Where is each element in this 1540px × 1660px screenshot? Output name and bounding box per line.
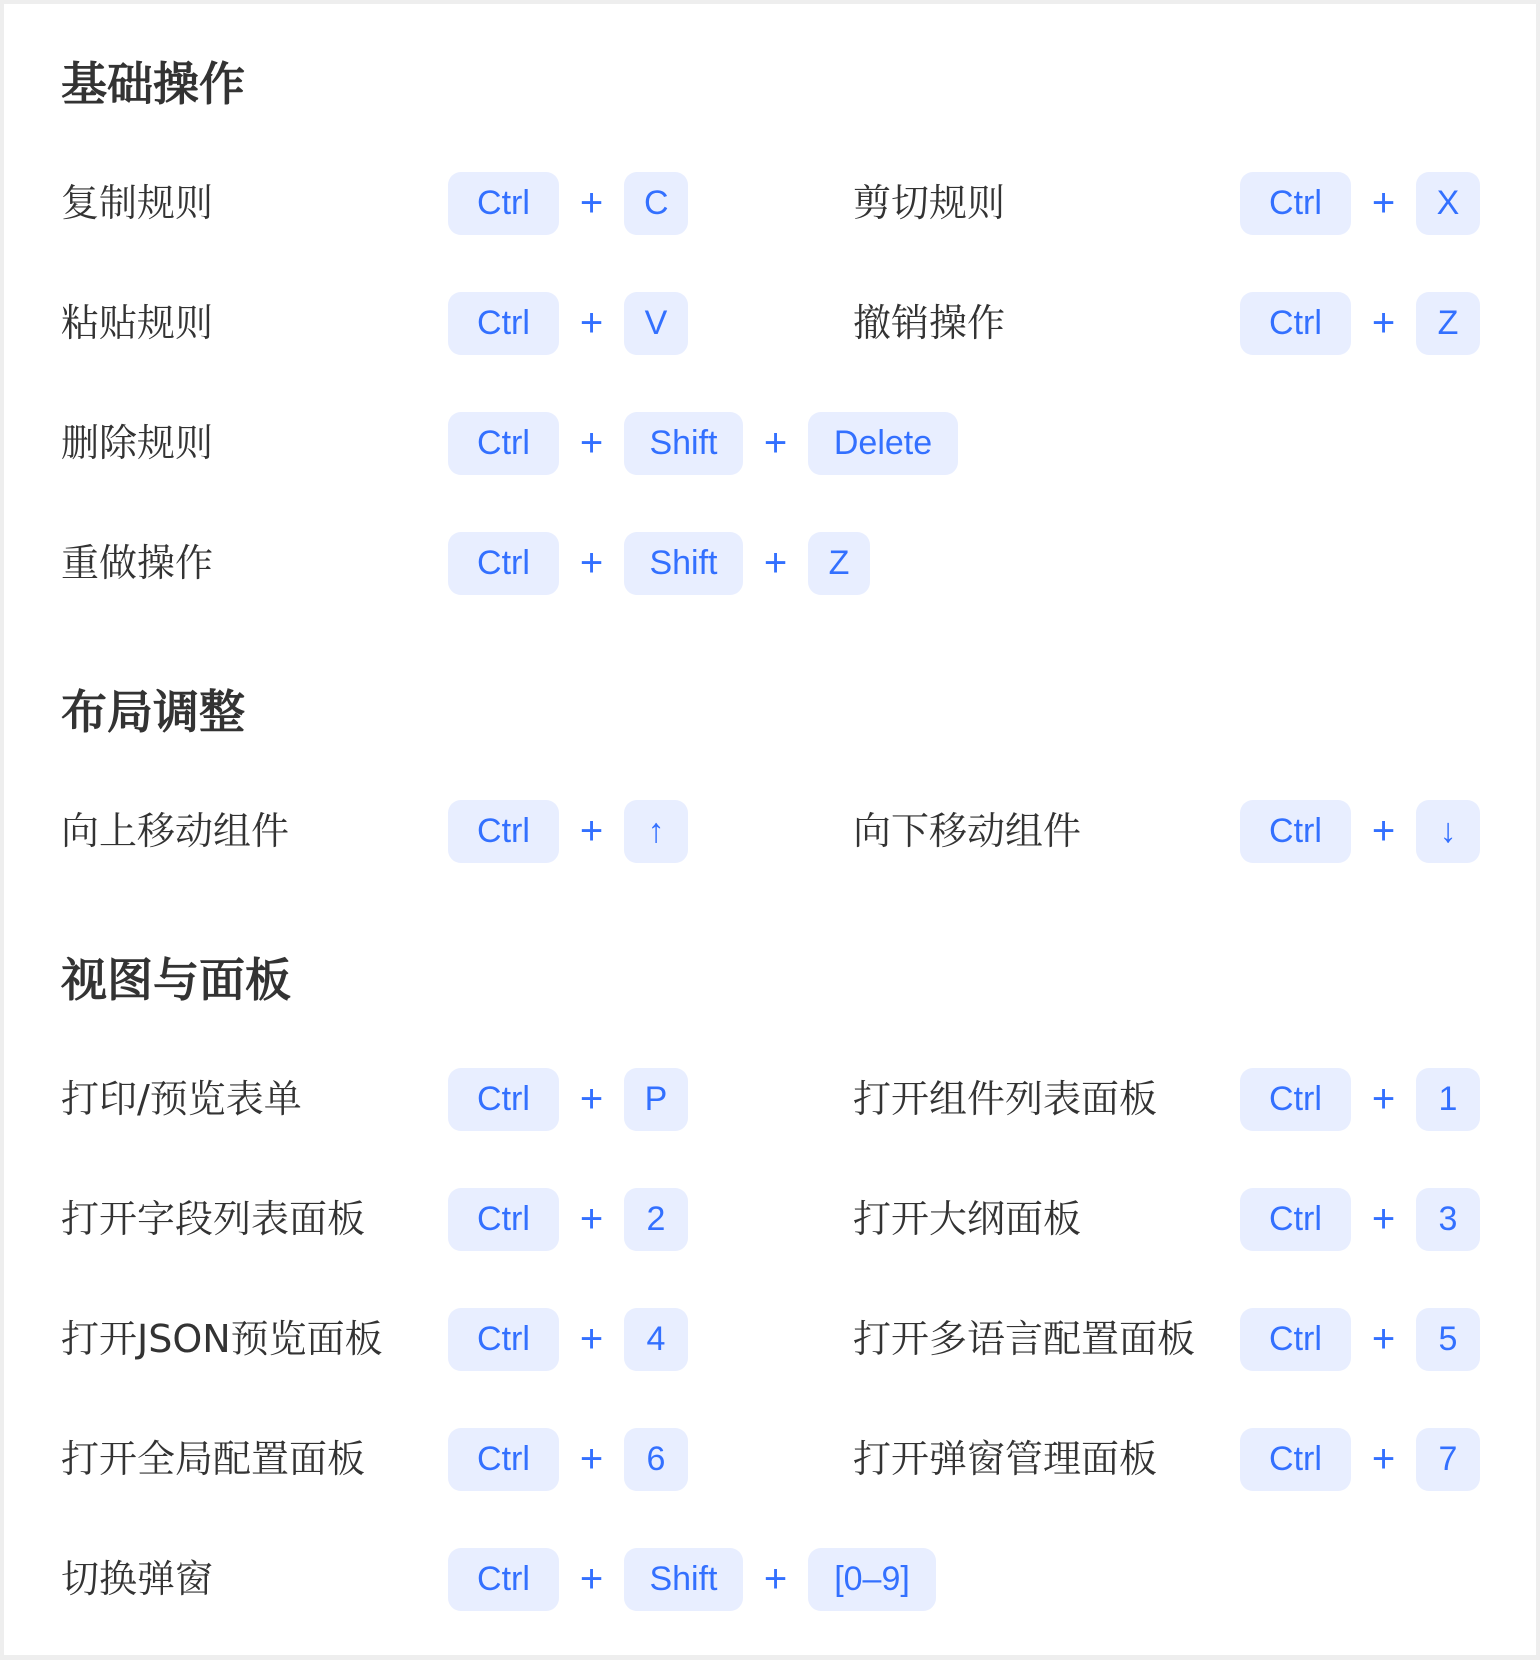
plus-separator: + [559, 1068, 624, 1131]
key-combo-move-up: Ctrl + ↑ [448, 800, 688, 863]
key-combo-delete: Ctrl + Shift + Delete [448, 412, 958, 475]
plus-separator: + [743, 412, 808, 475]
shortcut-label-move-up: 向上移动组件 [61, 800, 289, 863]
shortcuts-panel: 基础操作 复制规则 Ctrl + C 剪切规则 Ctrl + X 粘贴规则 Ct… [4, 4, 1536, 1655]
key-shift[interactable]: Shift [624, 532, 743, 595]
key-combo-copy: Ctrl + C [448, 172, 688, 235]
shortcut-row: 复制规则 Ctrl + C 剪切规则 Ctrl + X [4, 172, 1536, 235]
key-ctrl[interactable]: Ctrl [1240, 1188, 1351, 1251]
plus-separator: + [559, 172, 624, 235]
shortcut-label-paste: 粘贴规则 [61, 292, 213, 355]
shortcut-label-switch-dialog: 切换弹窗 [61, 1548, 213, 1611]
key-4[interactable]: 4 [624, 1308, 688, 1371]
plus-separator: + [743, 1548, 808, 1611]
key-digit-range[interactable]: [0–9] [808, 1548, 936, 1611]
key-ctrl[interactable]: Ctrl [448, 1068, 559, 1131]
key-ctrl[interactable]: Ctrl [448, 1428, 559, 1491]
key-combo-move-down: Ctrl + ↓ [1240, 800, 1480, 863]
plus-separator: + [559, 1188, 624, 1251]
plus-separator: + [1351, 292, 1416, 355]
shortcut-label-json-preview: 打开JSON预览面板 [61, 1308, 383, 1371]
key-ctrl[interactable]: Ctrl [448, 1188, 559, 1251]
key-shift[interactable]: Shift [624, 412, 743, 475]
key-ctrl[interactable]: Ctrl [1240, 800, 1351, 863]
key-c[interactable]: C [624, 172, 688, 235]
shortcut-row: 重做操作 Ctrl + Shift + Z [4, 532, 1536, 595]
shortcut-label-redo: 重做操作 [61, 532, 213, 595]
key-x[interactable]: X [1416, 172, 1480, 235]
key-combo-outline: Ctrl + 3 [1240, 1188, 1480, 1251]
plus-separator: + [559, 532, 624, 595]
key-combo-cut: Ctrl + X [1240, 172, 1480, 235]
plus-separator: + [1351, 1068, 1416, 1131]
key-delete[interactable]: Delete [808, 412, 958, 475]
key-v[interactable]: V [624, 292, 688, 355]
shortcut-label-move-down: 向下移动组件 [853, 800, 1081, 863]
shortcut-label-i18n: 打开多语言配置面板 [853, 1308, 1195, 1371]
key-z[interactable]: Z [1416, 292, 1480, 355]
plus-separator: + [743, 532, 808, 595]
shortcut-label-undo: 撤销操作 [853, 292, 1005, 355]
shortcut-label-component-list: 打开组件列表面板 [853, 1068, 1157, 1131]
section-title-layout: 布局调整 [61, 684, 245, 740]
shortcut-label-print-preview: 打印/预览表单 [61, 1068, 302, 1131]
section-title-view-panels: 视图与面板 [61, 952, 291, 1008]
plus-separator: + [1351, 800, 1416, 863]
key-combo-i18n: Ctrl + 5 [1240, 1308, 1480, 1371]
key-ctrl[interactable]: Ctrl [448, 1308, 559, 1371]
shortcut-row: 向上移动组件 Ctrl + ↑ 向下移动组件 Ctrl + ↓ [4, 800, 1536, 863]
key-ctrl[interactable]: Ctrl [448, 172, 559, 235]
key-combo-redo: Ctrl + Shift + Z [448, 532, 870, 595]
plus-separator: + [1351, 1428, 1416, 1491]
shortcut-row: 打开全局配置面板 Ctrl + 6 打开弹窗管理面板 Ctrl + 7 [4, 1428, 1536, 1491]
shortcut-label-dialog-manager: 打开弹窗管理面板 [853, 1428, 1157, 1491]
key-ctrl[interactable]: Ctrl [448, 800, 559, 863]
key-combo-switch-dialog: Ctrl + Shift + [0–9] [448, 1548, 936, 1611]
shortcut-label-global-config: 打开全局配置面板 [61, 1428, 365, 1491]
plus-separator: + [559, 1548, 624, 1611]
section-title-basic: 基础操作 [61, 56, 245, 112]
key-arrow-down-icon[interactable]: ↓ [1416, 800, 1480, 863]
key-shift[interactable]: Shift [624, 1548, 743, 1611]
plus-separator: + [559, 1308, 624, 1371]
shortcut-row: 粘贴规则 Ctrl + V 撤销操作 Ctrl + Z [4, 292, 1536, 355]
key-7[interactable]: 7 [1416, 1428, 1480, 1491]
shortcut-label-outline: 打开大纲面板 [853, 1188, 1081, 1251]
key-ctrl[interactable]: Ctrl [1240, 1068, 1351, 1131]
shortcut-row: 打开JSON预览面板 Ctrl + 4 打开多语言配置面板 Ctrl + 5 [4, 1308, 1536, 1371]
shortcut-row: 切换弹窗 Ctrl + Shift + [0–9] [4, 1548, 1536, 1611]
key-3[interactable]: 3 [1416, 1188, 1480, 1251]
key-combo-dialog-manager: Ctrl + 7 [1240, 1428, 1480, 1491]
key-combo-json-preview: Ctrl + 4 [448, 1308, 688, 1371]
key-2[interactable]: 2 [624, 1188, 688, 1251]
key-combo-global-config: Ctrl + 6 [448, 1428, 688, 1491]
plus-separator: + [1351, 1188, 1416, 1251]
key-arrow-up-icon[interactable]: ↑ [624, 800, 688, 863]
shortcut-label-delete: 删除规则 [61, 412, 213, 475]
key-combo-component-list: Ctrl + 1 [1240, 1068, 1480, 1131]
shortcut-label-copy: 复制规则 [61, 172, 213, 235]
key-combo-print-preview: Ctrl + P [448, 1068, 688, 1131]
shortcut-row: 打开字段列表面板 Ctrl + 2 打开大纲面板 Ctrl + 3 [4, 1188, 1536, 1251]
plus-separator: + [559, 412, 624, 475]
key-ctrl[interactable]: Ctrl [448, 532, 559, 595]
shortcut-row: 删除规则 Ctrl + Shift + Delete [4, 412, 1536, 475]
key-ctrl[interactable]: Ctrl [448, 292, 559, 355]
plus-separator: + [1351, 1308, 1416, 1371]
key-ctrl[interactable]: Ctrl [1240, 1308, 1351, 1371]
key-combo-undo: Ctrl + Z [1240, 292, 1480, 355]
key-5[interactable]: 5 [1416, 1308, 1480, 1371]
key-combo-field-list: Ctrl + 2 [448, 1188, 688, 1251]
shortcut-row: 打印/预览表单 Ctrl + P 打开组件列表面板 Ctrl + 1 [4, 1068, 1536, 1131]
key-p[interactable]: P [624, 1068, 688, 1131]
key-combo-paste: Ctrl + V [448, 292, 688, 355]
key-z[interactable]: Z [808, 532, 870, 595]
plus-separator: + [559, 292, 624, 355]
key-ctrl[interactable]: Ctrl [448, 412, 559, 475]
plus-separator: + [559, 1428, 624, 1491]
shortcut-label-cut: 剪切规则 [853, 172, 1005, 235]
key-ctrl[interactable]: Ctrl [448, 1548, 559, 1611]
key-6[interactable]: 6 [624, 1428, 688, 1491]
plus-separator: + [1351, 172, 1416, 235]
shortcut-label-field-list: 打开字段列表面板 [61, 1188, 365, 1251]
key-ctrl[interactable]: Ctrl [1240, 1428, 1351, 1491]
key-ctrl[interactable]: Ctrl [1240, 292, 1351, 355]
key-ctrl[interactable]: Ctrl [1240, 172, 1351, 235]
key-1[interactable]: 1 [1416, 1068, 1480, 1131]
plus-separator: + [559, 800, 624, 863]
